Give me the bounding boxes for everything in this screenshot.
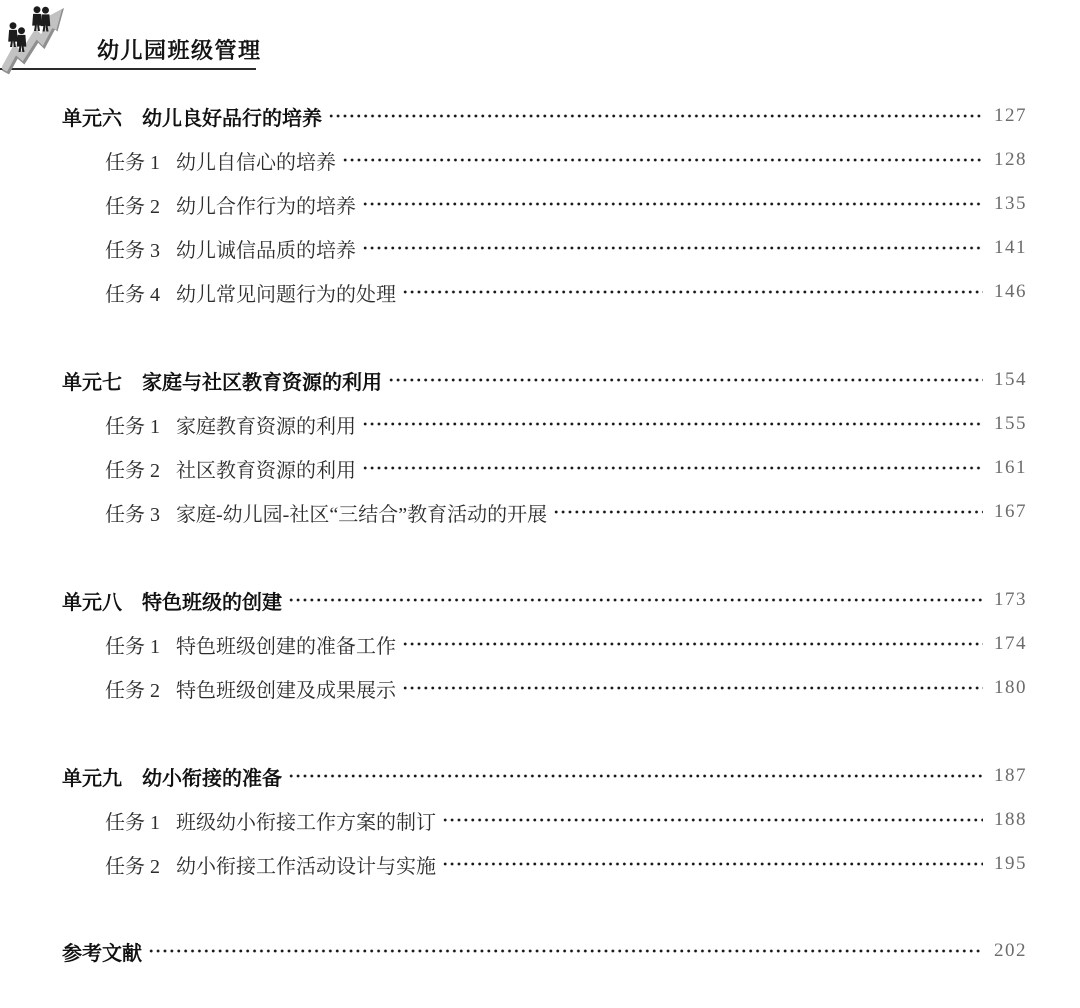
- toc-unit-row: 单元八特色班级的创建173: [62, 578, 1027, 622]
- dot-leader: [343, 138, 983, 182]
- toc-task-row: 任务 2特色班级创建及成果展示180: [62, 666, 1027, 710]
- task-label: 任务 1: [105, 410, 160, 439]
- task-label: 任务 2: [105, 190, 160, 219]
- toc-task-row: 任务 2幼儿合作行为的培养135: [62, 182, 1027, 226]
- table-of-contents: 单元六幼儿良好品行的培养127任务 1幼儿自信心的培养128任务 2幼儿合作行为…: [0, 94, 1080, 973]
- toc-unit-row: 单元九幼小衔接的准备187: [62, 754, 1027, 798]
- toc-task-row: 任务 1幼儿自信心的培养128: [62, 138, 1027, 182]
- unit-title: 幼儿良好品行的培养: [142, 102, 322, 131]
- unit-label: 单元七: [62, 366, 122, 395]
- unit-label: 单元六: [62, 102, 122, 131]
- page-number: 146: [991, 281, 1027, 303]
- toc-task-row: 任务 1特色班级创建的准备工作174: [62, 622, 1027, 666]
- task-title: 幼儿自信心的培养: [176, 146, 336, 175]
- page-number: 202: [991, 940, 1027, 962]
- toc-task-row: 任务 1班级幼小衔接工作方案的制订188: [62, 798, 1027, 842]
- toc-unit-row: 单元六幼儿良好品行的培养127: [62, 94, 1027, 138]
- unit-title: 特色班级的创建: [142, 586, 282, 615]
- toc-unit-row: 单元七家庭与社区教育资源的利用154: [62, 358, 1027, 402]
- task-title: 幼儿常见问题行为的处理: [176, 278, 396, 307]
- unit-label: 单元九: [62, 762, 122, 791]
- dot-leader: [149, 929, 983, 973]
- task-label: 任务 4: [105, 278, 160, 307]
- task-title: 家庭-幼儿园-社区“三结合”教育活动的开展: [176, 498, 547, 527]
- toc-task-row: 任务 3幼儿诚信品质的培养141: [62, 226, 1027, 270]
- task-title: 班级幼小衔接工作方案的制订: [176, 806, 436, 835]
- toc-task-row: 任务 3家庭-幼儿园-社区“三结合”教育活动的开展167: [62, 490, 1027, 534]
- dot-leader: [363, 446, 983, 490]
- toc-section: 单元八特色班级的创建173任务 1特色班级创建的准备工作174任务 2特色班级创…: [62, 578, 1027, 710]
- page-number: 161: [991, 457, 1027, 479]
- page-header: 幼儿园班级管理: [0, 0, 1080, 94]
- page-number: 141: [991, 237, 1027, 259]
- page-number: 195: [991, 853, 1027, 875]
- people-on-rising-arrow-icon: [2, 4, 98, 78]
- task-title: 幼儿诚信品质的培养: [176, 234, 356, 263]
- toc-section: 单元七家庭与社区教育资源的利用154任务 1家庭教育资源的利用155任务 2社区…: [62, 358, 1027, 534]
- dot-leader: [363, 226, 983, 270]
- page-number: 180: [991, 677, 1027, 699]
- task-label: 任务 2: [105, 850, 160, 879]
- toc-task-row: 任务 4幼儿常见问题行为的处理146: [62, 270, 1027, 314]
- toc-section: 单元九幼小衔接的准备187任务 1班级幼小衔接工作方案的制订188任务 2幼小衔…: [62, 754, 1027, 886]
- unit-label: 单元八: [62, 586, 122, 615]
- dot-leader: [554, 490, 983, 534]
- page-number: 167: [991, 501, 1027, 523]
- page-number: 174: [991, 633, 1027, 655]
- dot-leader: [289, 754, 983, 798]
- ref-label: 参考文献: [62, 937, 142, 966]
- toc-page: 幼儿园班级管理 单元六幼儿良好品行的培养127任务 1幼儿自信心的培养128任务…: [0, 0, 1080, 1008]
- task-label: 任务 1: [105, 146, 160, 175]
- task-title: 特色班级创建的准备工作: [176, 630, 396, 659]
- dot-leader: [403, 270, 983, 314]
- dot-leader: [403, 666, 983, 710]
- dot-leader: [443, 798, 983, 842]
- page-number: 154: [991, 369, 1027, 391]
- page-number: 128: [991, 149, 1027, 171]
- page-number: 135: [991, 193, 1027, 215]
- dot-leader: [443, 842, 983, 886]
- page-number: 155: [991, 413, 1027, 435]
- task-title: 家庭教育资源的利用: [176, 410, 356, 439]
- task-label: 任务 3: [105, 498, 160, 527]
- page-number: 127: [991, 105, 1027, 127]
- page-number: 188: [991, 809, 1027, 831]
- dot-leader: [389, 358, 983, 402]
- toc-task-row: 任务 2社区教育资源的利用161: [62, 446, 1027, 490]
- page-number: 187: [991, 765, 1027, 787]
- task-title: 社区教育资源的利用: [176, 454, 356, 483]
- page-number: 173: [991, 589, 1027, 611]
- toc-task-row: 任务 2幼小衔接工作活动设计与实施195: [62, 842, 1027, 886]
- task-label: 任务 2: [105, 674, 160, 703]
- dot-leader: [403, 622, 983, 666]
- unit-title: 幼小衔接的准备: [142, 762, 282, 791]
- book-title: 幼儿园班级管理: [97, 34, 262, 65]
- task-label: 任务 1: [105, 630, 160, 659]
- task-label: 任务 1: [105, 806, 160, 835]
- dot-leader: [363, 182, 983, 226]
- task-title: 幼儿合作行为的培养: [176, 190, 356, 219]
- toc-ref-row: 参考文献202: [62, 929, 1027, 973]
- dot-leader: [289, 578, 983, 622]
- dot-leader: [329, 94, 983, 138]
- task-label: 任务 2: [105, 454, 160, 483]
- unit-title: 家庭与社区教育资源的利用: [142, 366, 382, 395]
- dot-leader: [363, 402, 983, 446]
- toc-task-row: 任务 1家庭教育资源的利用155: [62, 402, 1027, 446]
- task-title: 幼小衔接工作活动设计与实施: [176, 850, 436, 879]
- task-label: 任务 3: [105, 234, 160, 263]
- toc-section: 单元六幼儿良好品行的培养127任务 1幼儿自信心的培养128任务 2幼儿合作行为…: [62, 94, 1027, 314]
- task-title: 特色班级创建及成果展示: [176, 674, 396, 703]
